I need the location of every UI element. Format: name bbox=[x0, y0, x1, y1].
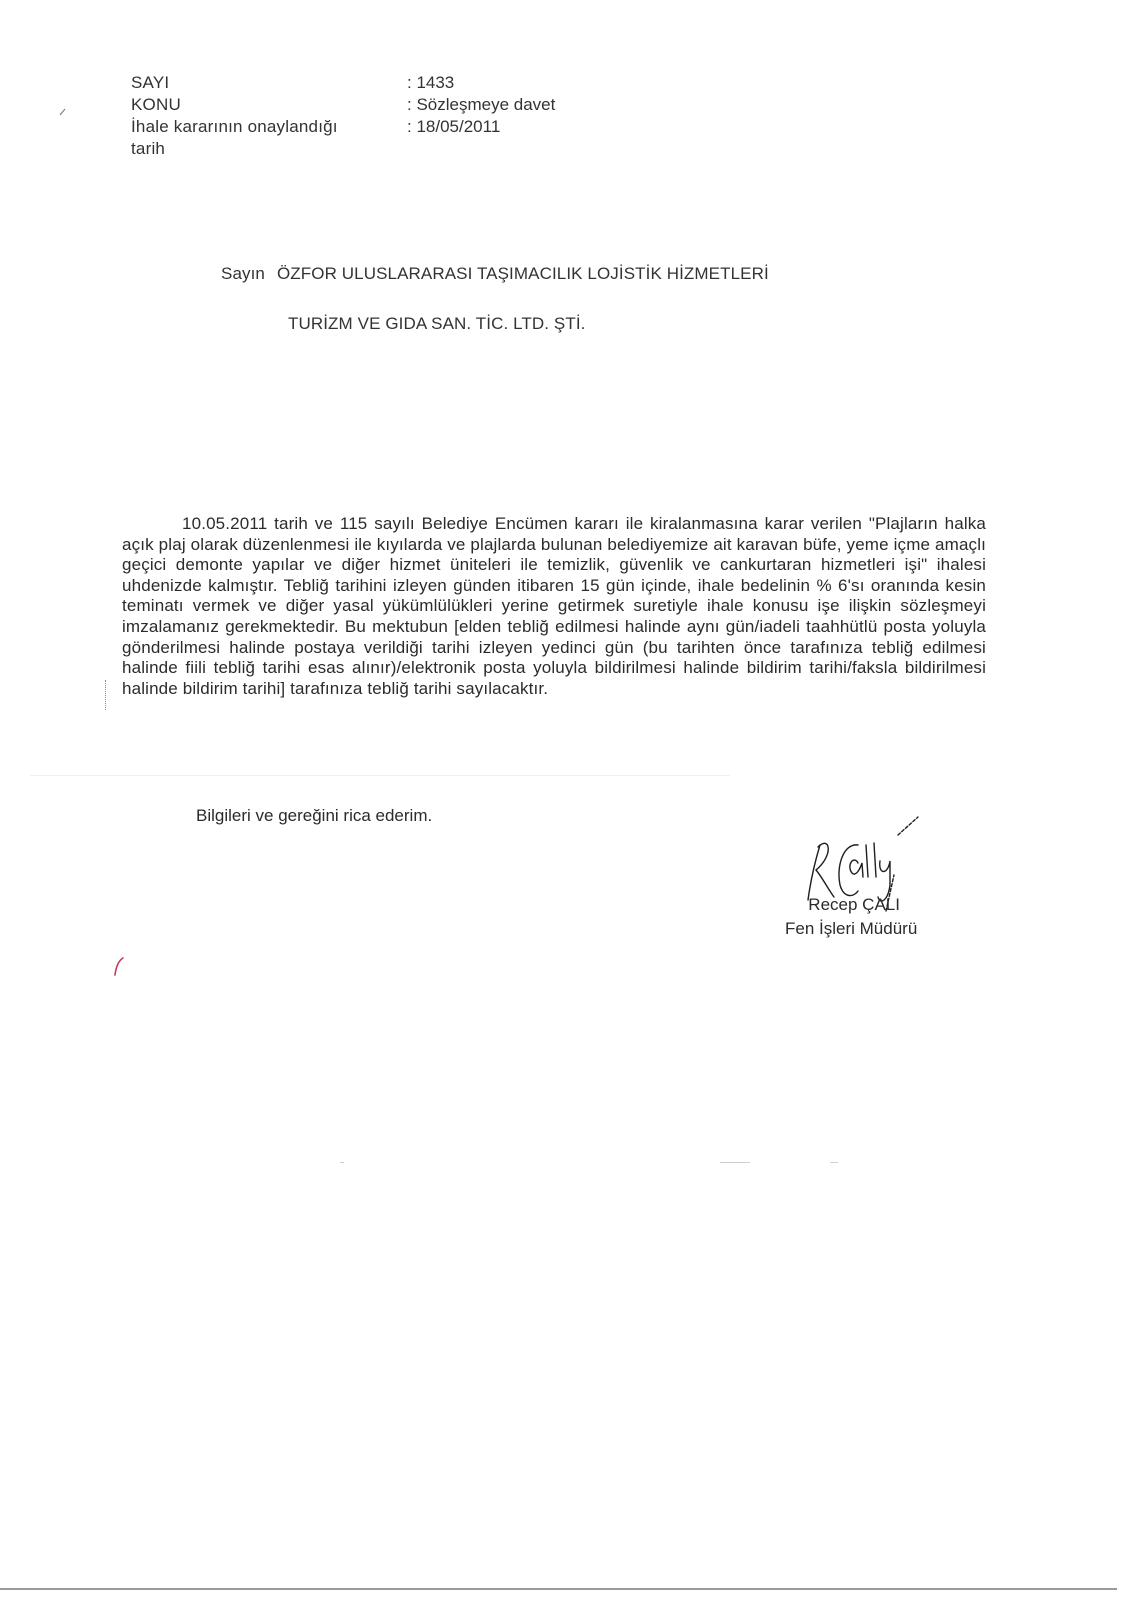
body-paragraph: 10.05.2011 tarih ve 115 sayılı Belediye … bbox=[122, 514, 986, 698]
letter-page: SAYI : 1433 KONU : Sözleşmeye davet İhal… bbox=[0, 0, 1132, 1600]
company-name: ÖZFOR ULUSLARARASI TAŞIMACILIK LOJİSTİK … bbox=[277, 264, 769, 283]
meta-row-sayi: SAYI : 1433 bbox=[131, 72, 555, 94]
meta-value: : 1433 bbox=[407, 72, 454, 94]
meta-label: İhale kararının onaylandığı bbox=[131, 116, 407, 138]
scan-artifact-dots bbox=[30, 1162, 1130, 1166]
margin-dotted-mark bbox=[105, 680, 109, 710]
scan-artifact-line bbox=[30, 775, 730, 776]
page-bottom-edge bbox=[0, 1588, 1117, 1590]
meta-row-konu: KONU : Sözleşmeye davet bbox=[131, 94, 555, 116]
letter-body: 10.05.2011 tarih ve 115 sayılı Belediye … bbox=[122, 514, 986, 699]
meta-value: : Sözleşmeye davet bbox=[407, 94, 555, 116]
meta-label: KONU bbox=[131, 94, 407, 116]
addressee: SayınÖZFOR ULUSLARARASI TAŞIMACILIK LOJİ… bbox=[221, 264, 769, 284]
margin-mark bbox=[59, 103, 67, 111]
meta-label: tarih bbox=[131, 138, 407, 160]
closing-line: Bilgileri ve gereğini rica ederim. bbox=[196, 806, 432, 826]
meta-row-ihale-tarih: İhale kararının onaylandığı : 18/05/2011 bbox=[131, 116, 555, 138]
meta-value: : 18/05/2011 bbox=[407, 116, 500, 138]
signatory-title: Fen İşleri Müdürü bbox=[785, 917, 917, 941]
signatory-name: Recep ÇALI bbox=[785, 893, 917, 917]
signatory-block: Recep ÇALI Fen İşleri Müdürü bbox=[785, 893, 917, 941]
salutation: Sayın bbox=[221, 264, 265, 283]
meta-row-tarih: tarih bbox=[131, 138, 555, 160]
addressee-line-2: TURİZM VE GIDA SAN. TİC. LTD. ŞTİ. bbox=[288, 314, 585, 334]
meta-label: SAYI bbox=[131, 72, 407, 94]
addressee-line-1: SayınÖZFOR ULUSLARARASI TAŞIMACILIK LOJİ… bbox=[221, 264, 769, 284]
letter-meta: SAYI : 1433 KONU : Sözleşmeye davet İhal… bbox=[131, 72, 555, 160]
red-pen-mark bbox=[112, 955, 126, 977]
